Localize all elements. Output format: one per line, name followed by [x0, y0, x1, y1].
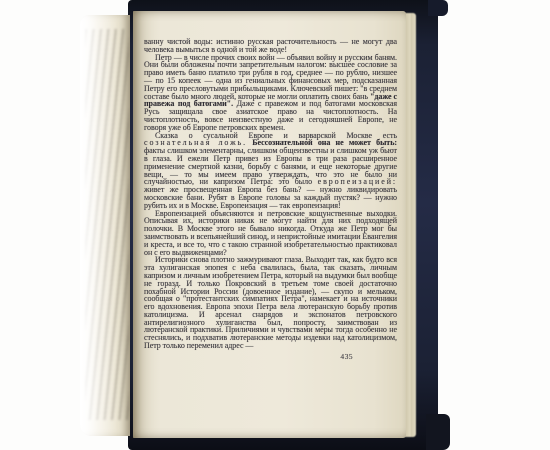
book-cover-corner-top — [428, 0, 448, 16]
paragraph-continuation: ванну чистой воды: истинно русская расто… — [144, 38, 397, 54]
text-run: Европеизацией объясняются и петровские к… — [144, 209, 397, 257]
text-run: Петр — в числе прочих своих войн — объяв… — [144, 53, 397, 101]
paragraph: Историки снова плотно зажмуривают глаза.… — [144, 256, 397, 350]
right-page: ванну чистой воды: истинно русская расто… — [133, 11, 406, 438]
left-page-edge — [80, 15, 130, 436]
left-page-light-fade — [80, 15, 130, 436]
page-text-block: ванну чистой воды: истинно русская расто… — [133, 11, 406, 361]
text-run: живет же просвещенная Европа без бань? —… — [144, 185, 397, 210]
photo-backdrop: ванну чистой воды: истинно русская расто… — [0, 0, 550, 450]
paragraph: Европеизацией объясняются и петровские к… — [144, 210, 397, 257]
text-run: Историки снова плотно зажмуривают глаза.… — [144, 255, 397, 350]
book-cover-corner-bottom — [426, 414, 450, 450]
text-run: ванну чистой воды: истинно русская расто… — [144, 37, 397, 54]
paragraph: Сказка о сусальной Европе и варварской М… — [144, 132, 397, 210]
paragraph: Петр — в числе прочих своих войн — объяв… — [144, 54, 397, 132]
page-number: 435 — [144, 353, 397, 361]
